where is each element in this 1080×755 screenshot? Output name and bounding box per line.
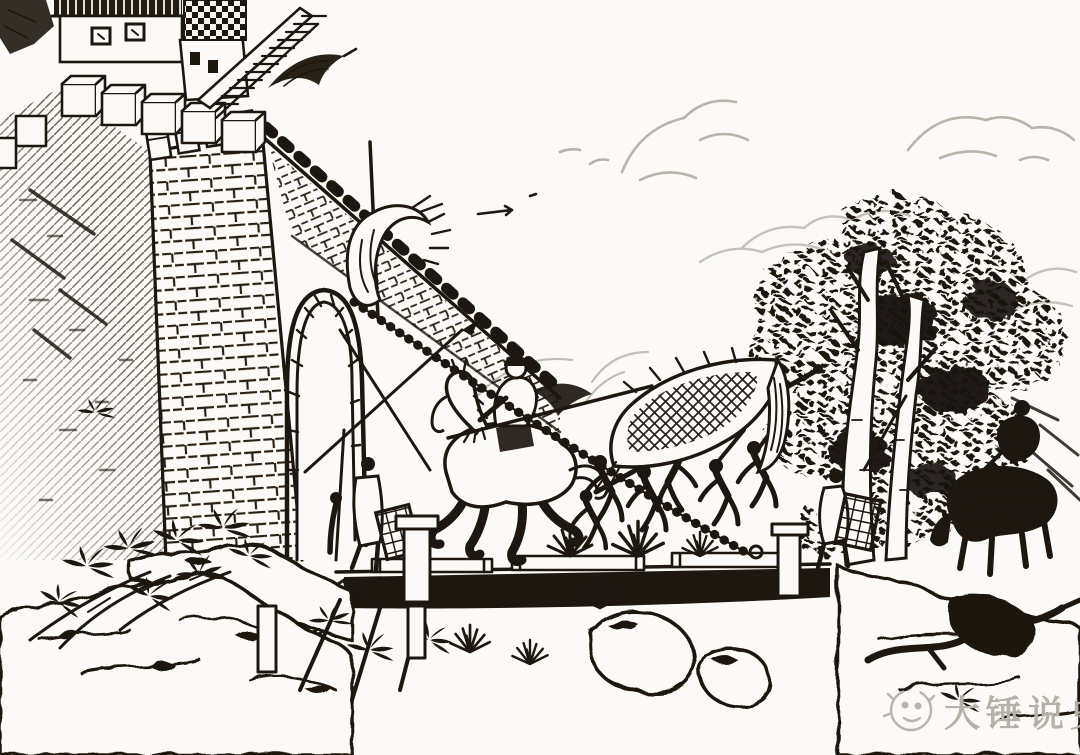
watermark-text: 大锤说史 [944,693,1080,734]
illustration-canvas: 大锤说史 [0,0,1080,755]
tower-left-face [0,88,166,565]
ink-illustration: 大锤说史 [0,0,1080,755]
